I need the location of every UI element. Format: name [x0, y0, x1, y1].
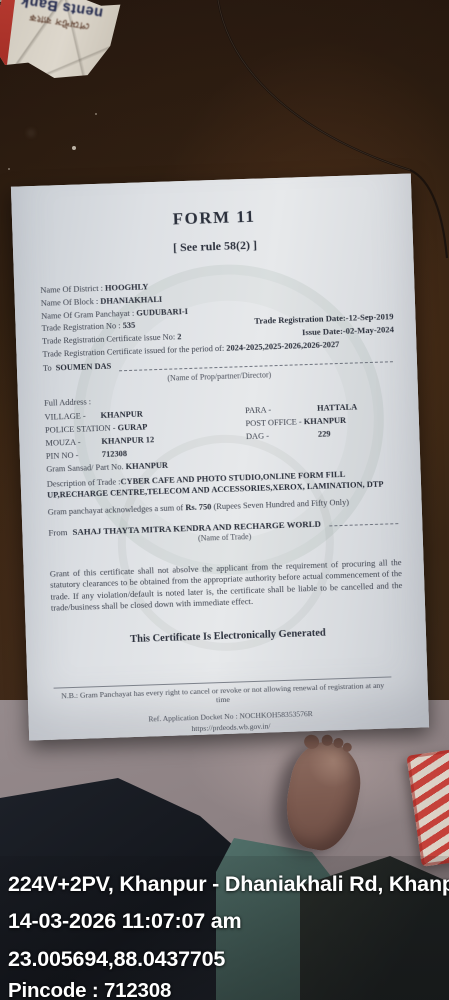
overlay-coordinates: 23.005694,88.0437705 — [8, 947, 449, 972]
legal-paragraph: Grant of this certificate shall not abso… — [50, 557, 403, 615]
trade-dash-line — [329, 513, 399, 526]
nb-note: N.B.: Gram Panchayat has every right to … — [54, 676, 392, 709]
rule-subtitle: [ See rule 58(2) ] — [39, 233, 391, 260]
trade-description: Description of Trade :CYBER CAFE AND PHO… — [47, 467, 400, 502]
electronic-note: This Certificate Is Electronically Gener… — [52, 625, 404, 648]
photo-of-trade-certificate: পেমেন্টস ব্যাংক nents Bank FORM 11 [ See… — [0, 0, 449, 1000]
overlay-pincode: Pincode : 712308 — [8, 979, 449, 1000]
certificate-content: FORM 11 [ See rule 58(2) ] Name Of Distr… — [11, 174, 429, 741]
overlay-address: 224V+2PV, Khanpur - Dhaniakhali Rd, Khan… — [8, 872, 449, 897]
overlay-datetime: 14-03-2026 11:07:07 am — [8, 909, 449, 934]
address-grid: VILLAGE -KHANPUR PARA -HATTALA POLICE ST… — [44, 399, 398, 463]
registration-fields: Name Of District : HOOGHLY Name Of Block… — [40, 273, 395, 389]
form-title: FORM 11 — [38, 202, 390, 234]
certificate-paper: FORM 11 [ See rule 58(2) ] Name Of Distr… — [11, 174, 429, 741]
